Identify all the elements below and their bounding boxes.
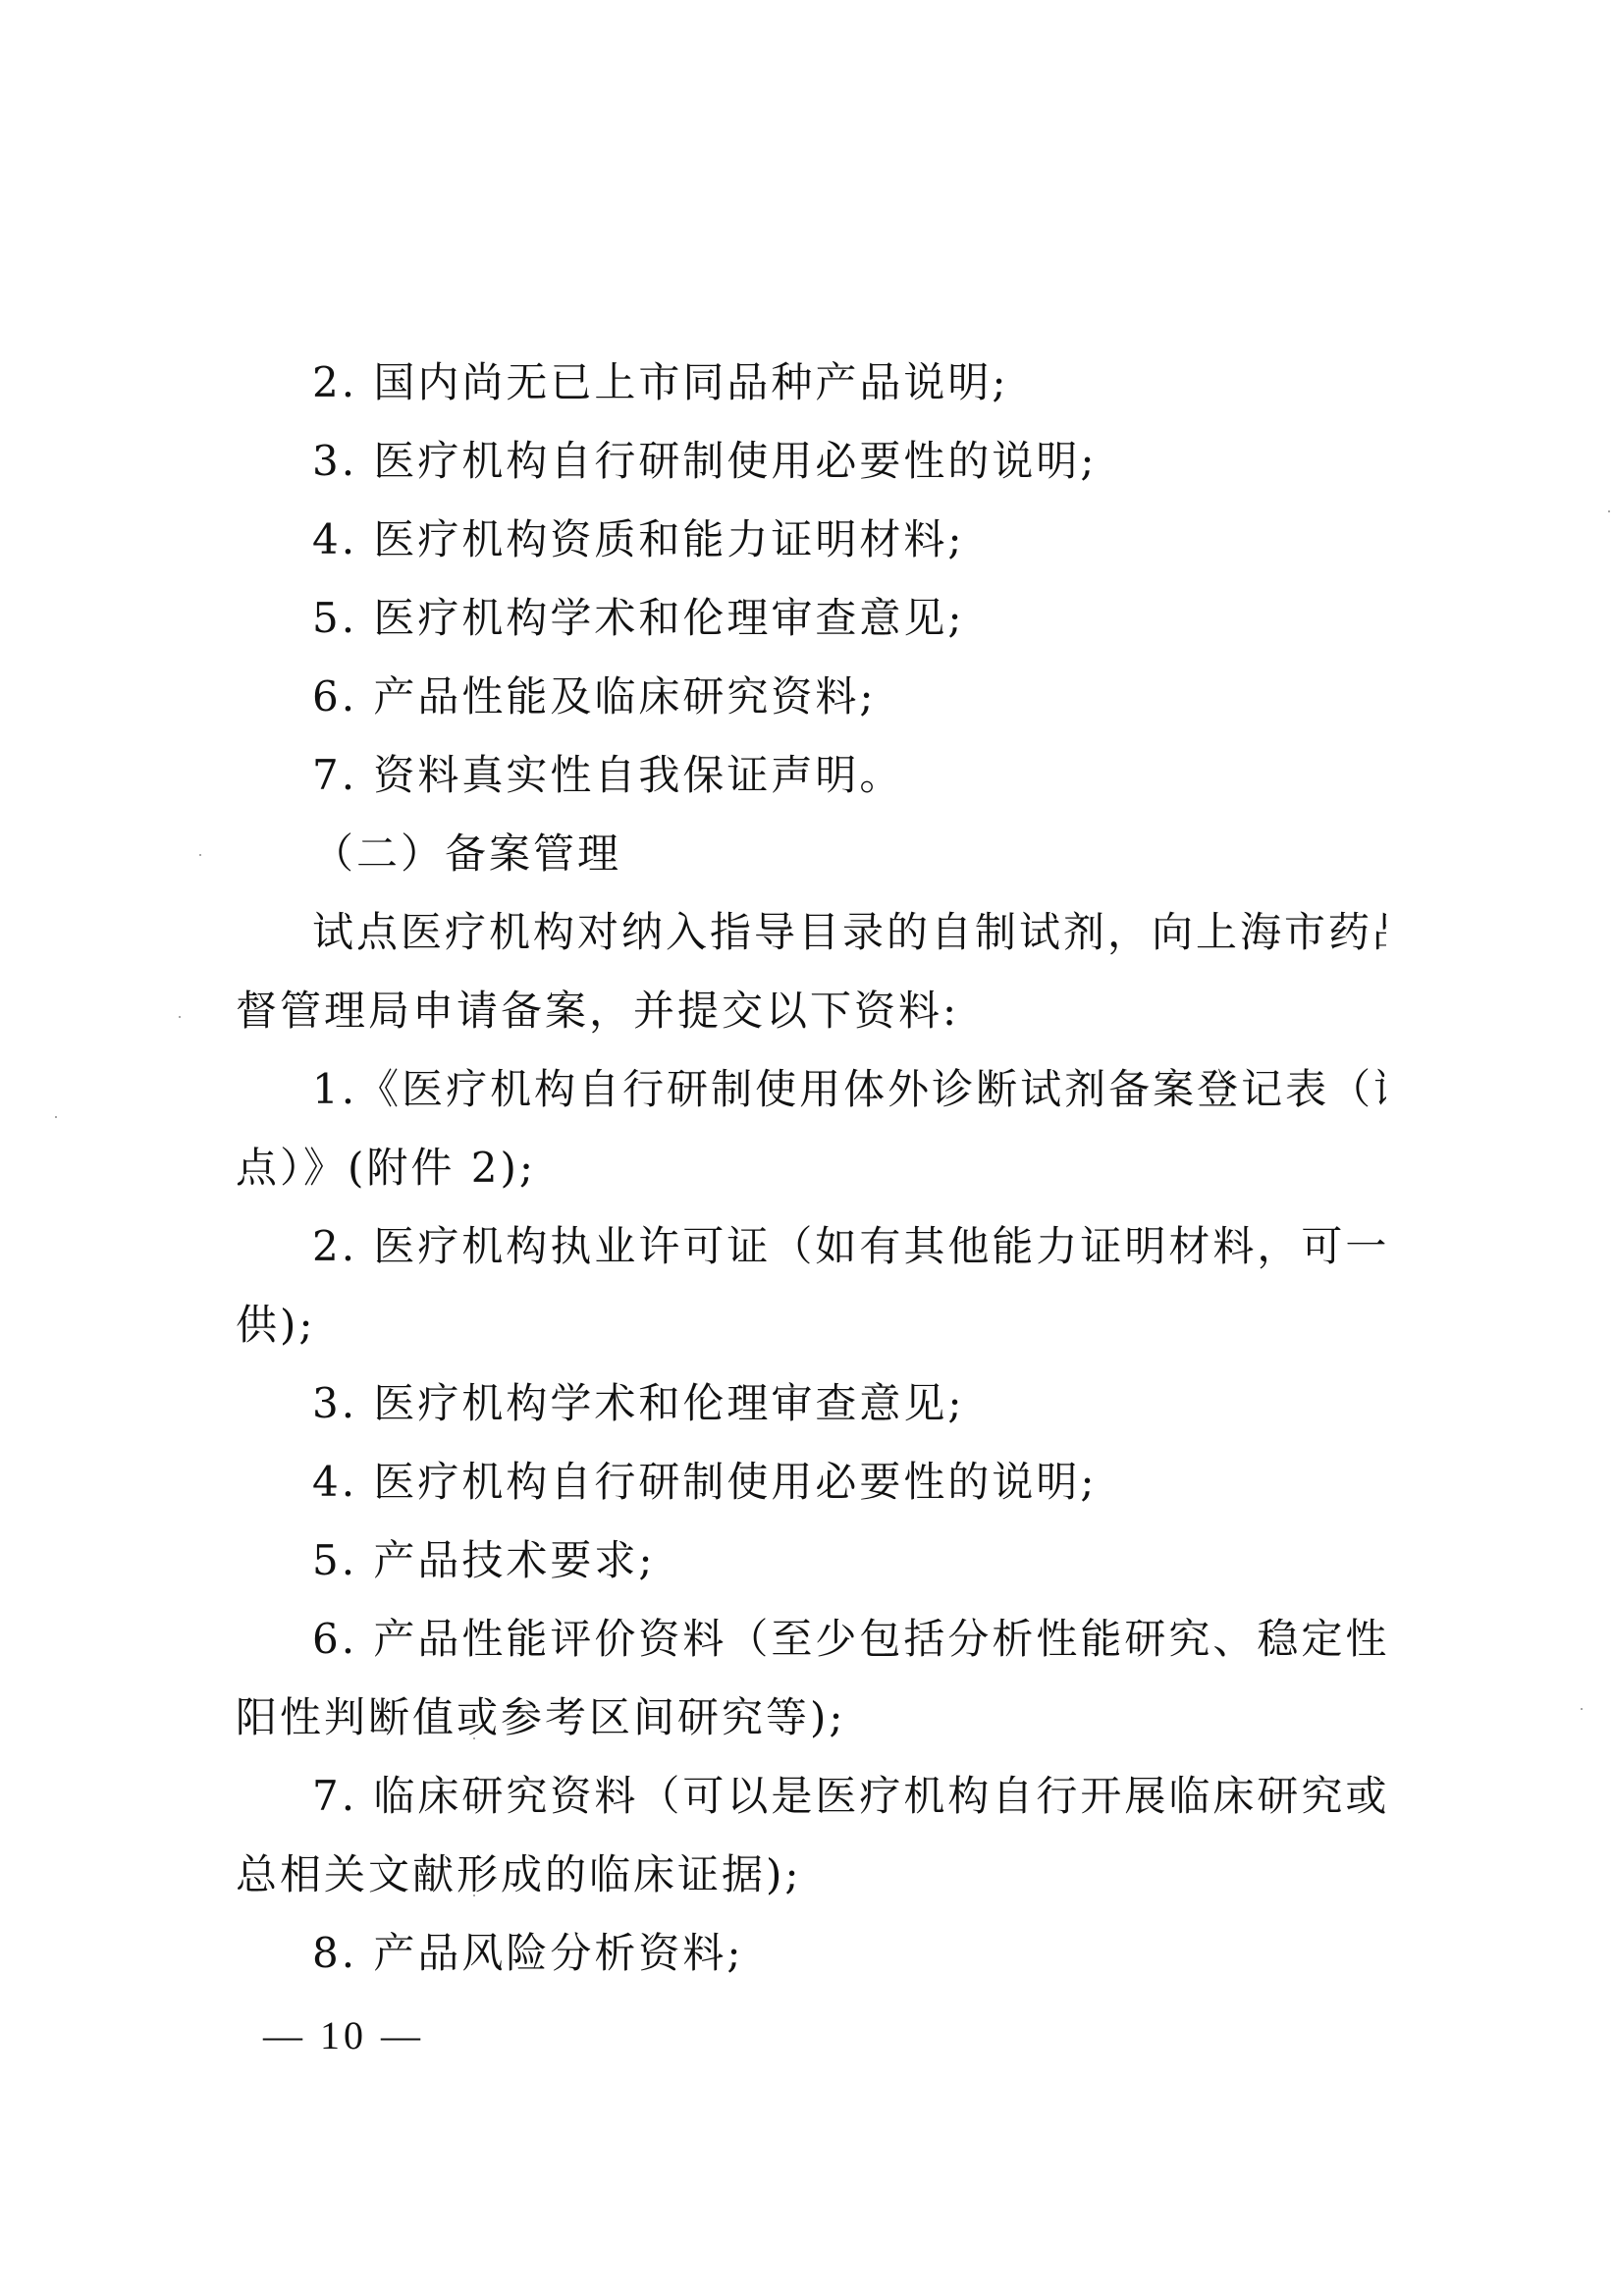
list-item: 4. 医疗机构资质和能力证明材料;	[236, 501, 1386, 579]
list-item: 1.《医疗机构自行研制使用体外诊断试剂备案登记表（试	[236, 1050, 1386, 1129]
paragraph-line: 试点医疗机构对纳入指导目录的自制试剂，向上海市药品监	[236, 893, 1386, 972]
list-item-continuation: 阳性判断值或参考区间研究等);	[236, 1679, 1386, 1757]
paragraph-line: 督管理局申请备案，并提交以下资料:	[236, 972, 1386, 1050]
scan-speck	[473, 1737, 475, 1739]
list-item: 3. 医疗机构自行研制使用必要性的说明;	[236, 422, 1386, 501]
list-item: 4. 医疗机构自行研制使用必要性的说明;	[236, 1443, 1386, 1522]
list-item: 6. 产品性能评价资料（至少包括分析性能研究、稳定性研究、	[236, 1600, 1386, 1679]
list-item: 5. 产品技术要求;	[236, 1522, 1386, 1600]
scan-speck	[199, 854, 201, 856]
list-item: 2. 国内尚无已上市同品种产品说明;	[236, 344, 1386, 422]
list-item-continuation: 点）》(附件 2);	[236, 1129, 1386, 1207]
page-body: 2. 国内尚无已上市同品种产品说明; 3. 医疗机构自行研制使用必要性的说明; …	[236, 344, 1386, 1993]
scan-speck	[179, 1016, 181, 1018]
list-item: 7. 临床研究资料（可以是医疗机构自行开展临床研究或者汇	[236, 1757, 1386, 1836]
list-item: 3. 医疗机构学术和伦理审查意见;	[236, 1364, 1386, 1443]
scan-speck	[473, 1895, 475, 1896]
list-item: 6. 产品性能及临床研究资料;	[236, 658, 1386, 736]
scan-speck	[55, 1116, 57, 1118]
document-page: 2. 国内尚无已上市同品种产品说明; 3. 医疗机构自行研制使用必要性的说明; …	[0, 0, 1613, 2296]
scan-speck	[1608, 510, 1610, 512]
list-item: 2. 医疗机构执业许可证（如有其他能力证明材料，可一并提	[236, 1207, 1386, 1286]
list-item-continuation: 供);	[236, 1286, 1386, 1364]
list-item: 5. 医疗机构学术和伦理审查意见;	[236, 579, 1386, 658]
list-item: 7. 资料真实性自我保证声明。	[236, 736, 1386, 815]
scan-speck	[1581, 1708, 1583, 1710]
section-heading: （二）备案管理	[236, 815, 1386, 893]
list-item-continuation: 总相关文献形成的临床证据);	[236, 1836, 1386, 1914]
page-number: — 10 —	[263, 2012, 424, 2058]
list-item: 8. 产品风险分析资料;	[236, 1914, 1386, 1993]
